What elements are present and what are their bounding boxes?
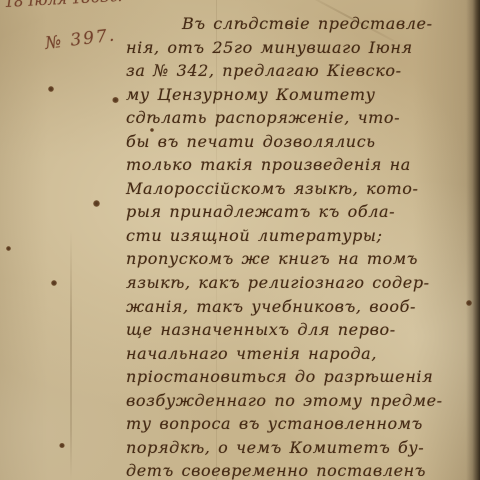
text-line: сдѣлать распоряженіе, что- [126,106,468,130]
manuscript-page: 18 Іюля 1863г. № 397. Въ слѣдствіе предс… [0,0,480,480]
page-edge-shadow [474,0,480,70]
text-line: за № 342, предлагаю Кіевско- [126,59,468,83]
text-line: возбужденнаго по этому предме- [126,389,468,413]
document-number: № 397. [44,25,117,54]
text-line: бы въ печати дозволялись [126,130,468,154]
page-edge-shadow [466,0,480,480]
text-line: рыя принадлежатъ къ обла- [126,200,468,224]
foxing-spot [112,97,119,103]
text-line: жанія, такъ учебниковъ, вооб- [126,295,468,319]
foxing-spot [93,200,100,207]
body-text: Въ слѣдствіе представле-нія, отъ 25го ми… [126,12,468,480]
text-line: ту вопроса въ установленномъ [126,412,468,436]
text-line: порядкѣ, о чемъ Комитетъ бу- [126,436,468,460]
text-line: пріостановиться до разрѣшенія [126,365,468,389]
text-line: детъ своевременно поставленъ [126,459,468,480]
text-line: пропускомъ же книгъ на томъ [126,247,468,271]
foxing-spot [6,246,11,251]
text-line: ще назначенныхъ для перво- [126,318,468,342]
foxing-spot [48,86,54,92]
text-line: языкѣ, какъ религіознаго содер- [126,271,468,295]
text-line: только такія произведенія на [126,153,468,177]
foxing-spot [59,443,65,448]
paper-crease [70,230,72,480]
foxing-spot [51,280,57,286]
date-annotation: 18 Іюля 1863г. [4,0,123,11]
text-line: сти изящной литературы; [126,224,468,248]
text-line: начальнаго чтенія народа, [126,342,468,366]
text-line: Въ слѣдствіе представле- [126,12,468,36]
text-line: Малороссійскомъ языкѣ, кото- [126,177,468,201]
text-line: му Цензурному Комитету [126,83,468,107]
text-line: нія, отъ 25го минувшаго Іюня [126,36,468,60]
